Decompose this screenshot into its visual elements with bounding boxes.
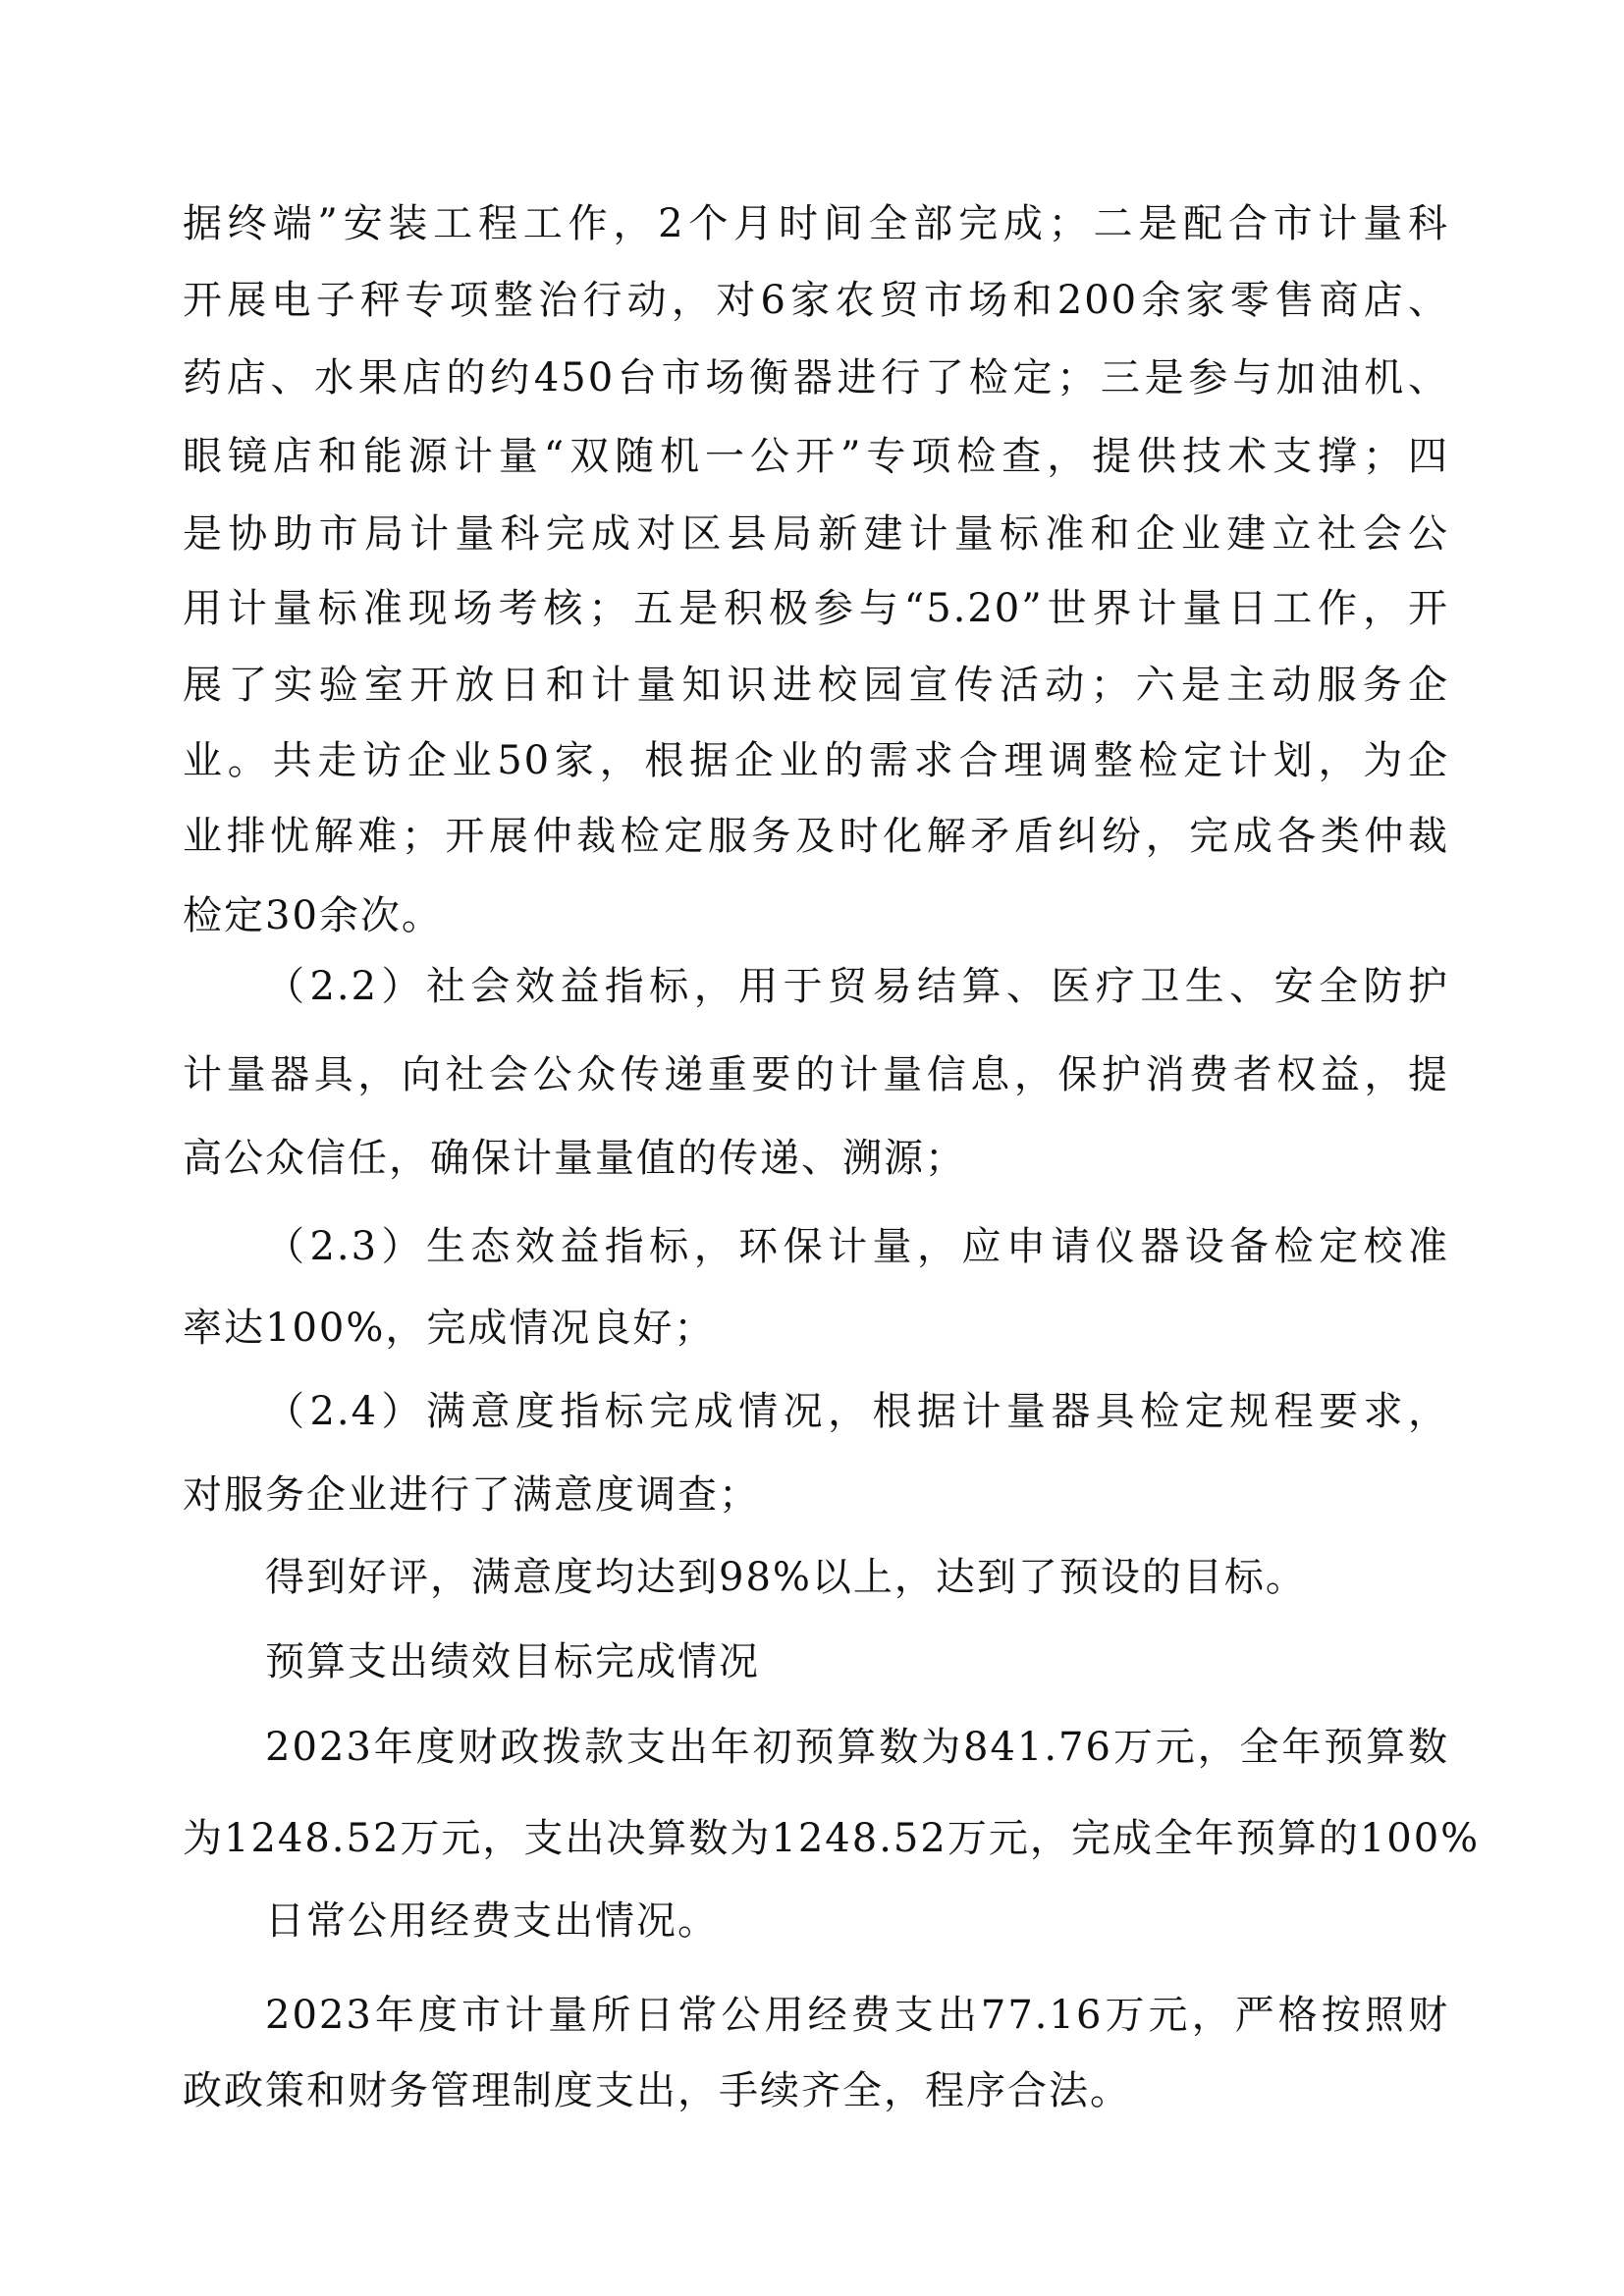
section-2-3-heading-line: （2.3）生态效益指标，环保计量，应申请仪器设备检定校准 [265,1217,1449,1276]
body-text-line: 药店、水果店的约450台市场衡器进行了检定；三是参与加油机、 [183,348,1449,407]
body-text-line: 是协助市局计量科完成对区县局新建计量标准和企业建立社会公 [183,505,1449,563]
body-text-line: 对服务企业进行了满意度调查； [183,1466,1449,1524]
body-text-line: 业。共走访企业50家，根据企业的需求合理调整检定计划，为企 [183,731,1449,790]
body-text-line: 眼镜店和能源计量“双随机一公开”专项检查，提供技术支撑；四 [183,427,1449,486]
body-text-line: 业排忧解难；开展仲裁检定服务及时化解矛盾纠纷，完成各类仲裁 [183,807,1449,866]
document-page: 据终端”安装工程工作，2个月时间全部完成；二是配合市计量科 开展电子秤专项整治行… [0,0,1624,2296]
body-text-line: 政政策和财务管理制度支出，手续齐全，程序合法。 [183,2061,1449,2120]
body-text-line: 率达100%，完成情况良好； [183,1299,1449,1358]
body-text-line: 检定30余次。 [183,886,1449,945]
body-text-line: 得到好评，满意度均达到98%以上，达到了预设的目标。 [265,1548,1449,1607]
body-text-line: 开展电子秤专项整治行动，对6家农贸市场和200余家零售商店、 [183,271,1449,330]
body-text-line: 计量器具，向社会公众传递重要的计量信息，保护消费者权益，提 [183,1045,1449,1104]
body-text-line: 2023年度市计量所日常公用经费支出77.16万元，严格按照财 [265,1986,1449,2045]
section-2-4-heading-line: （2.4）满意度指标完成情况，根据计量器具检定规程要求， [265,1382,1449,1441]
budget-section-heading: 预算支出绩效目标完成情况 [265,1632,1449,1691]
body-text-line: 据终端”安装工程工作，2个月时间全部完成；二是配合市计量科 [183,194,1449,253]
public-expense-heading: 日常公用经费支出情况。 [265,1892,1449,1950]
section-2-2-heading-line: （2.2）社会效益指标，用于贸易结算、医疗卫生、安全防护 [265,957,1449,1016]
body-text-line: 展了实验室开放日和计量知识进校园宣传活动；六是主动服务企 [183,656,1449,715]
body-text-line: 2023年度财政拨款支出年初预算数为841.76万元，全年预算数 [265,1718,1449,1777]
body-text-line: 为1248.52万元，支出决算数为1248.52万元，完成全年预算的100% [183,1809,1449,1868]
body-text-line: 高公众信任，确保计量量值的传递、溯源； [183,1129,1449,1188]
body-text-line: 用计量标准现场考核；五是积极参与“5.20”世界计量日工作，开 [183,579,1449,638]
